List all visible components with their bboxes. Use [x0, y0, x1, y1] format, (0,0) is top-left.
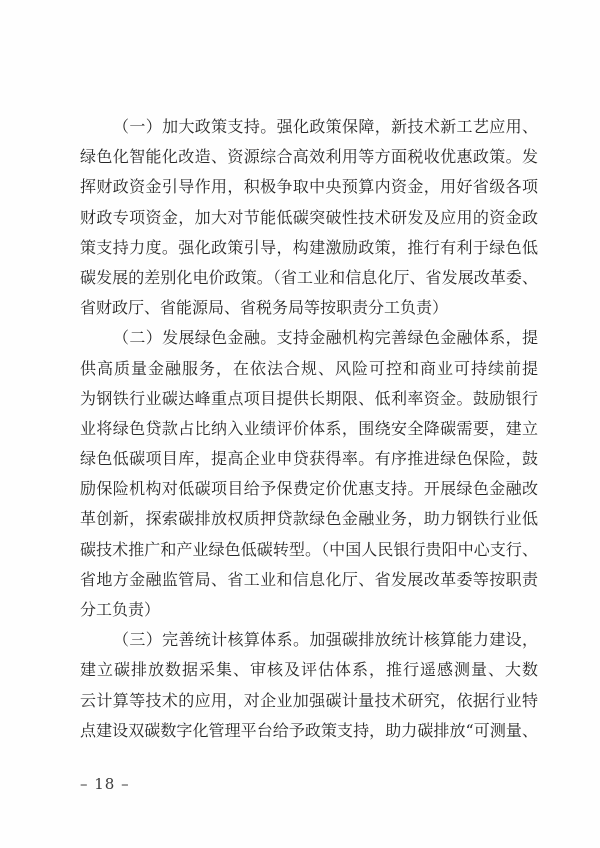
paragraph-green-finance: （二）发展绿色金融。支持金融机构完善绿色金融体系，提 供高质量金融服务，在依法合…	[80, 323, 538, 625]
text-line: 业将绿色贷款占比纳入业绩评价体系，围绕安全降碳需要，建立	[80, 414, 538, 444]
text-line: 供高质量金融服务，在依法合规、风险可控和商业可持续前提下，	[80, 354, 538, 384]
text-line: 为钢铁行业碳达峰重点项目提供长期限、低利率资金。鼓励银行	[80, 384, 538, 414]
text-line: 分工负责）	[80, 595, 538, 625]
text-line: 励保险机构对低碳项目给予保费定价优惠支持。开展绿色金融改	[80, 474, 538, 504]
page-number: – 18 –	[80, 774, 130, 794]
text-line: （二）发展绿色金融。支持金融机构完善绿色金融体系，提	[80, 323, 538, 353]
text-line: 挥财政资金引导作用，积极争取中央预算内资金，用好省级各项	[80, 172, 538, 202]
text-line: 云计算等技术的应用，对企业加强碳计量技术研究，依据行业特	[80, 686, 538, 716]
text-line: 策支持力度。强化政策引导，构建激励政策，推行有利于绿色低	[80, 233, 538, 263]
text-line: 建立碳排放数据采集、审核及评估体系，推行遥感测量、大数据、	[80, 655, 538, 685]
text-line: 碳技术推广和产业绿色低碳转型。（中国人民银行贵阳中心支行、	[80, 535, 538, 565]
document-page: （一）加大政策支持。强化政策保障，新技术新工艺应用、 绿色化智能化改造、资源综合…	[0, 0, 600, 848]
text-line: 省财政厅、省能源局、省税务局等按职责分工负责）	[80, 293, 538, 323]
paragraph-policy-support: （一）加大政策支持。强化政策保障，新技术新工艺应用、 绿色化智能化改造、资源综合…	[80, 112, 538, 323]
text-line: 革创新，探索碳排放权质押贷款绿色金融业务，助力钢铁行业低	[80, 504, 538, 534]
text-line: （一）加大政策支持。强化政策保障，新技术新工艺应用、	[80, 112, 538, 142]
text-line: 省地方金融监管局、省工业和信息化厅、省发展改革委等按职责	[80, 565, 538, 595]
text-line: （三）完善统计核算体系。加强碳排放统计核算能力建设，	[80, 625, 538, 655]
text-line: 财政专项资金，加大对节能低碳突破性技术研发及应用的资金政	[80, 203, 538, 233]
document-body: （一）加大政策支持。强化政策保障，新技术新工艺应用、 绿色化智能化改造、资源综合…	[80, 112, 538, 746]
text-line: 碳发展的差别化电价政策。（省工业和信息化厅、省发展改革委、	[80, 263, 538, 293]
text-line: 绿色化智能化改造、资源综合高效利用等方面税收优惠政策。发	[80, 142, 538, 172]
text-line: 绿色低碳项目库，提高企业申贷获得率。有序推进绿色保险，鼓	[80, 444, 538, 474]
text-line: 点建设双碳数字化管理平台给予政策支持，助力碳排放“可测量、	[80, 716, 538, 746]
paragraph-statistics-accounting: （三）完善统计核算体系。加强碳排放统计核算能力建设， 建立碳排放数据采集、审核及…	[80, 625, 538, 746]
